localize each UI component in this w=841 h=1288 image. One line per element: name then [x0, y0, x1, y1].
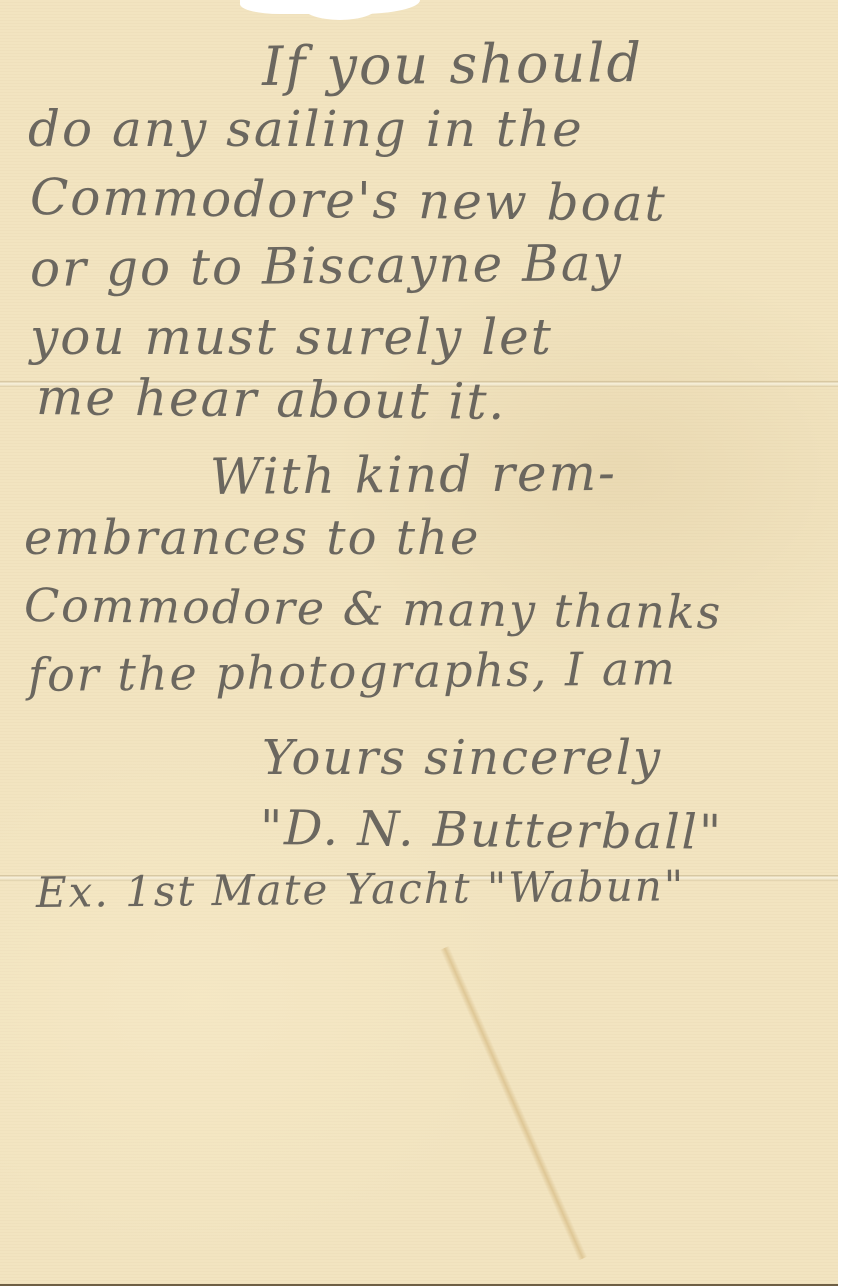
letter-line-5: you must surely let — [30, 308, 553, 366]
water-stain — [440, 946, 587, 1261]
letter-line-2: do any sailing in the — [28, 100, 584, 158]
closing-line: Yours sincerely — [262, 730, 662, 786]
letter-line-9: Commodore & many thanks — [24, 578, 723, 639]
letter-line-4: or go to Biscayne Bay — [30, 234, 624, 298]
letter-line-6: me hear about it. — [36, 368, 507, 431]
signature: "D. N. Butterball" — [260, 800, 724, 861]
signature-title: Ex. 1st Mate Yacht "Wabun" — [36, 861, 686, 917]
letter-line-3: Commodore's new boat — [30, 168, 667, 233]
letter-line-1: If you should — [262, 31, 644, 98]
letter-line-7: With kind rem- — [210, 444, 617, 506]
letter-line-8: embrances to the — [24, 510, 480, 566]
letter-page: If you should do any sailing in the Comm… — [0, 0, 838, 1286]
torn-edge-notch — [300, 0, 380, 20]
letter-line-10: for the photographs, I am — [28, 641, 677, 702]
